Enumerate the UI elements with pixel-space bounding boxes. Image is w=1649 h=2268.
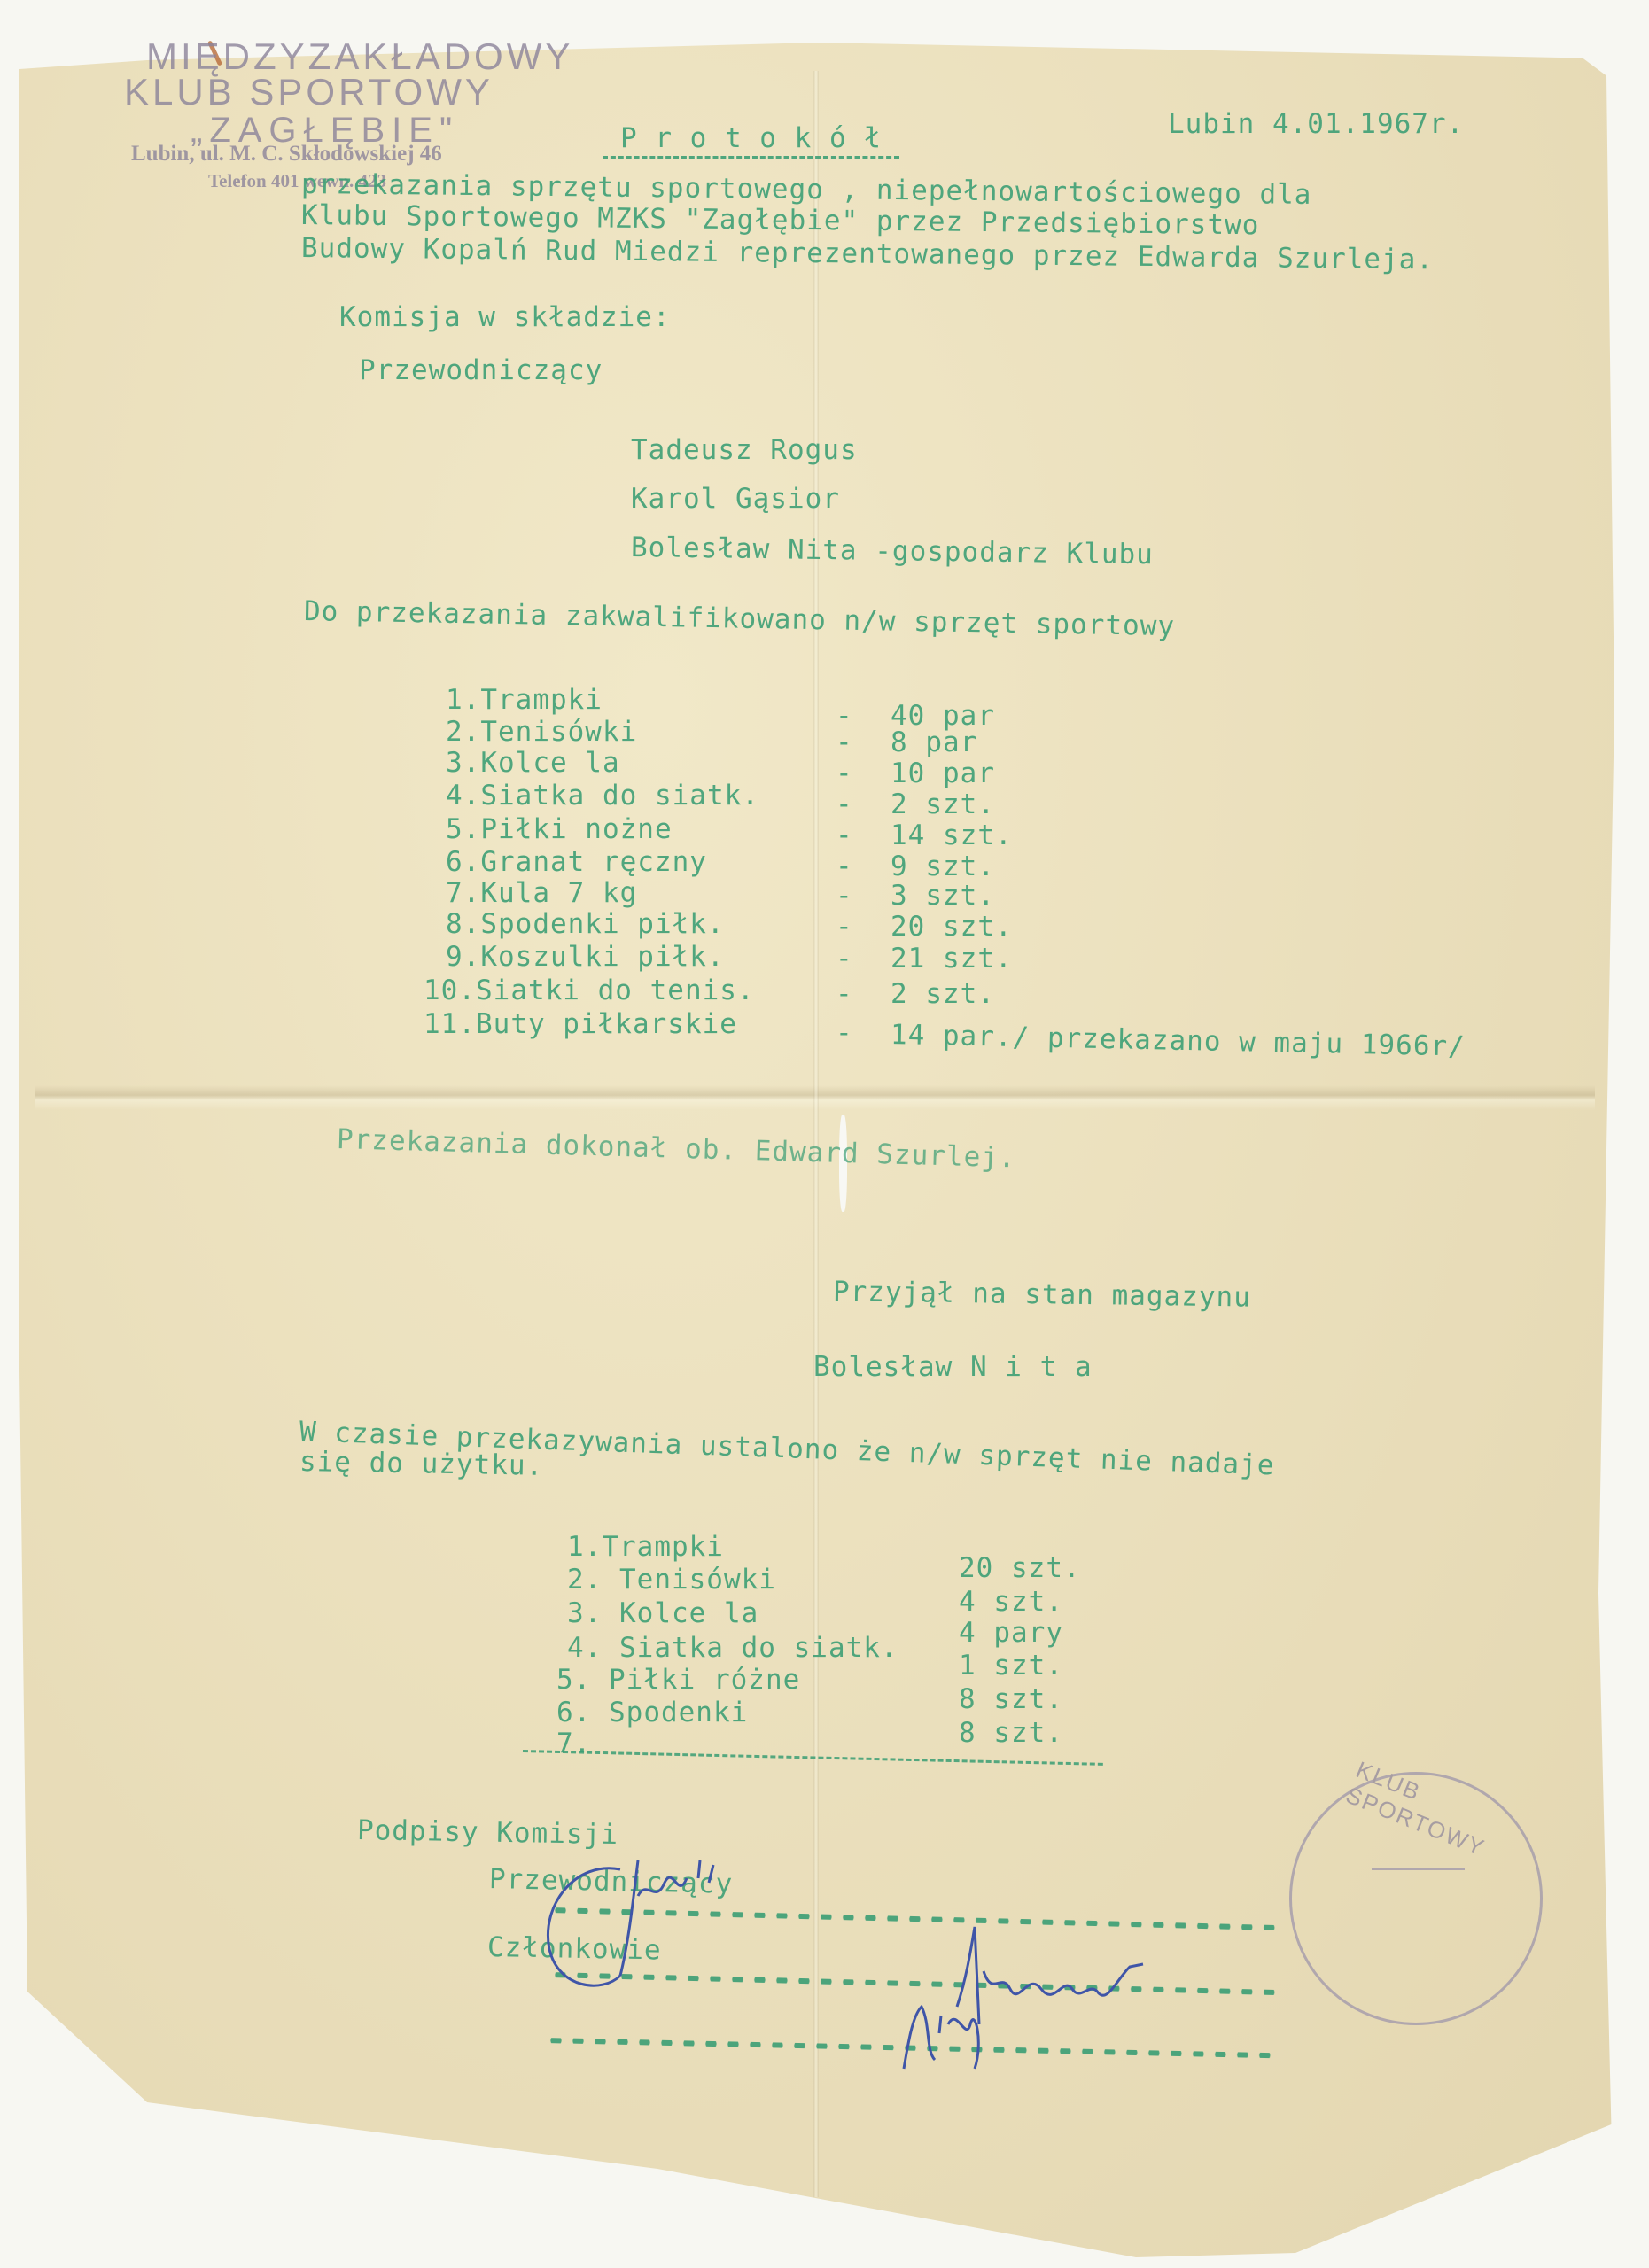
dash: - — [836, 978, 853, 1010]
qualified-item-label: 8.Spodenki piłk. — [446, 908, 725, 940]
unfit-item-qty: 1 szt. — [959, 1650, 1063, 1682]
place-date: Lubin 4.01.1967r. — [1168, 108, 1464, 140]
round-stamp-bar — [1372, 1868, 1465, 1870]
chairman-signature — [523, 1843, 744, 2011]
unfit-item-qty: 20 szt. — [959, 1552, 1081, 1584]
dash: - — [836, 788, 853, 820]
commission-member-2: Karol Gąsior — [631, 483, 840, 515]
unfit-item-qty: 8 szt. — [959, 1717, 1063, 1749]
qualified-item-label: 3.Kolce la — [446, 747, 620, 779]
dash: - — [836, 943, 853, 975]
qualified-item-qty: 9 szt. — [891, 850, 995, 882]
qualified-item-label: 6.Granat ręczny — [446, 846, 707, 878]
dash: - — [836, 1017, 853, 1049]
commission-chairman-label: Przewodniczący — [359, 354, 603, 386]
letterhead-line-2: KLUB SPORTOWY — [124, 71, 494, 113]
document-title: P r o t o k ó ł — [603, 122, 899, 159]
commission-heading: Komisja w składzie: — [339, 301, 671, 333]
dash: - — [836, 880, 853, 912]
qualified-item-label: 5.Piłki nożne — [446, 813, 673, 845]
qualified-item-qty: 3 szt. — [891, 880, 995, 912]
dash: - — [836, 726, 853, 758]
dash: - — [836, 850, 853, 882]
unfit-item-qty: 4 pary — [959, 1617, 1063, 1649]
unfit-item-qty: 4 szt. — [959, 1586, 1063, 1618]
unfit-item-label: 6. Spodenki — [556, 1697, 748, 1728]
unfit-heading-line-2: się do użytku. — [299, 1446, 544, 1482]
dash: - — [836, 757, 853, 789]
club-round-stamp: KLUB SPORTOWY — [1289, 1772, 1543, 2025]
qualified-item-label: 11.Buty piłkarskie — [424, 1008, 737, 1040]
vertical-fold-crease — [813, 71, 819, 2197]
unfit-item-label: 4. Siatka do siatk. — [567, 1632, 898, 1664]
unfit-item-label: 7. — [556, 1728, 591, 1759]
qualified-item-label: 7.Kula 7 kg — [446, 877, 637, 909]
qualified-item-label: 1.Trampki — [446, 684, 603, 716]
qualified-item-qty: 10 par — [891, 757, 995, 789]
dash: - — [836, 819, 853, 851]
unfit-item-qty: 8 szt. — [959, 1683, 1063, 1715]
qualified-item-qty: 20 szt. — [891, 911, 1013, 943]
unfit-item-label: 1.Trampki — [567, 1531, 724, 1563]
qualified-item-qty: 14 szt. — [891, 819, 1013, 851]
commission-member-1: Tadeusz Rogus — [631, 434, 858, 466]
letterhead-address: Lubin, ul. M. C. Skłodowskiej 46 — [131, 142, 442, 167]
qualified-item-qty: 2 szt. — [891, 788, 995, 820]
unfit-item-label: 5. Piłki różne — [556, 1664, 800, 1696]
received-by: Bolesław N i t a — [813, 1351, 1093, 1383]
qualified-item-qty: 8 par — [891, 726, 977, 758]
qualified-item-label: 4.Siatka do siatk. — [446, 780, 759, 812]
dash: - — [836, 911, 853, 943]
qualified-item-label: 9.Koszulki piłk. — [446, 941, 725, 973]
qualified-item-qty: 21 szt. — [891, 943, 1013, 975]
member-2-signature — [886, 1989, 1019, 2086]
unfit-item-label: 3. Kolce la — [567, 1597, 758, 1629]
qualified-item-label: 10.Siatki do tenis. — [424, 975, 755, 1006]
qualified-item-label: 2.Tenisówki — [446, 716, 637, 748]
unfit-item-label: 2. Tenisówki — [567, 1564, 776, 1596]
received-note: Przyjął na stan magazynu — [833, 1276, 1251, 1314]
qualified-item-qty: 2 szt. — [891, 978, 995, 1010]
